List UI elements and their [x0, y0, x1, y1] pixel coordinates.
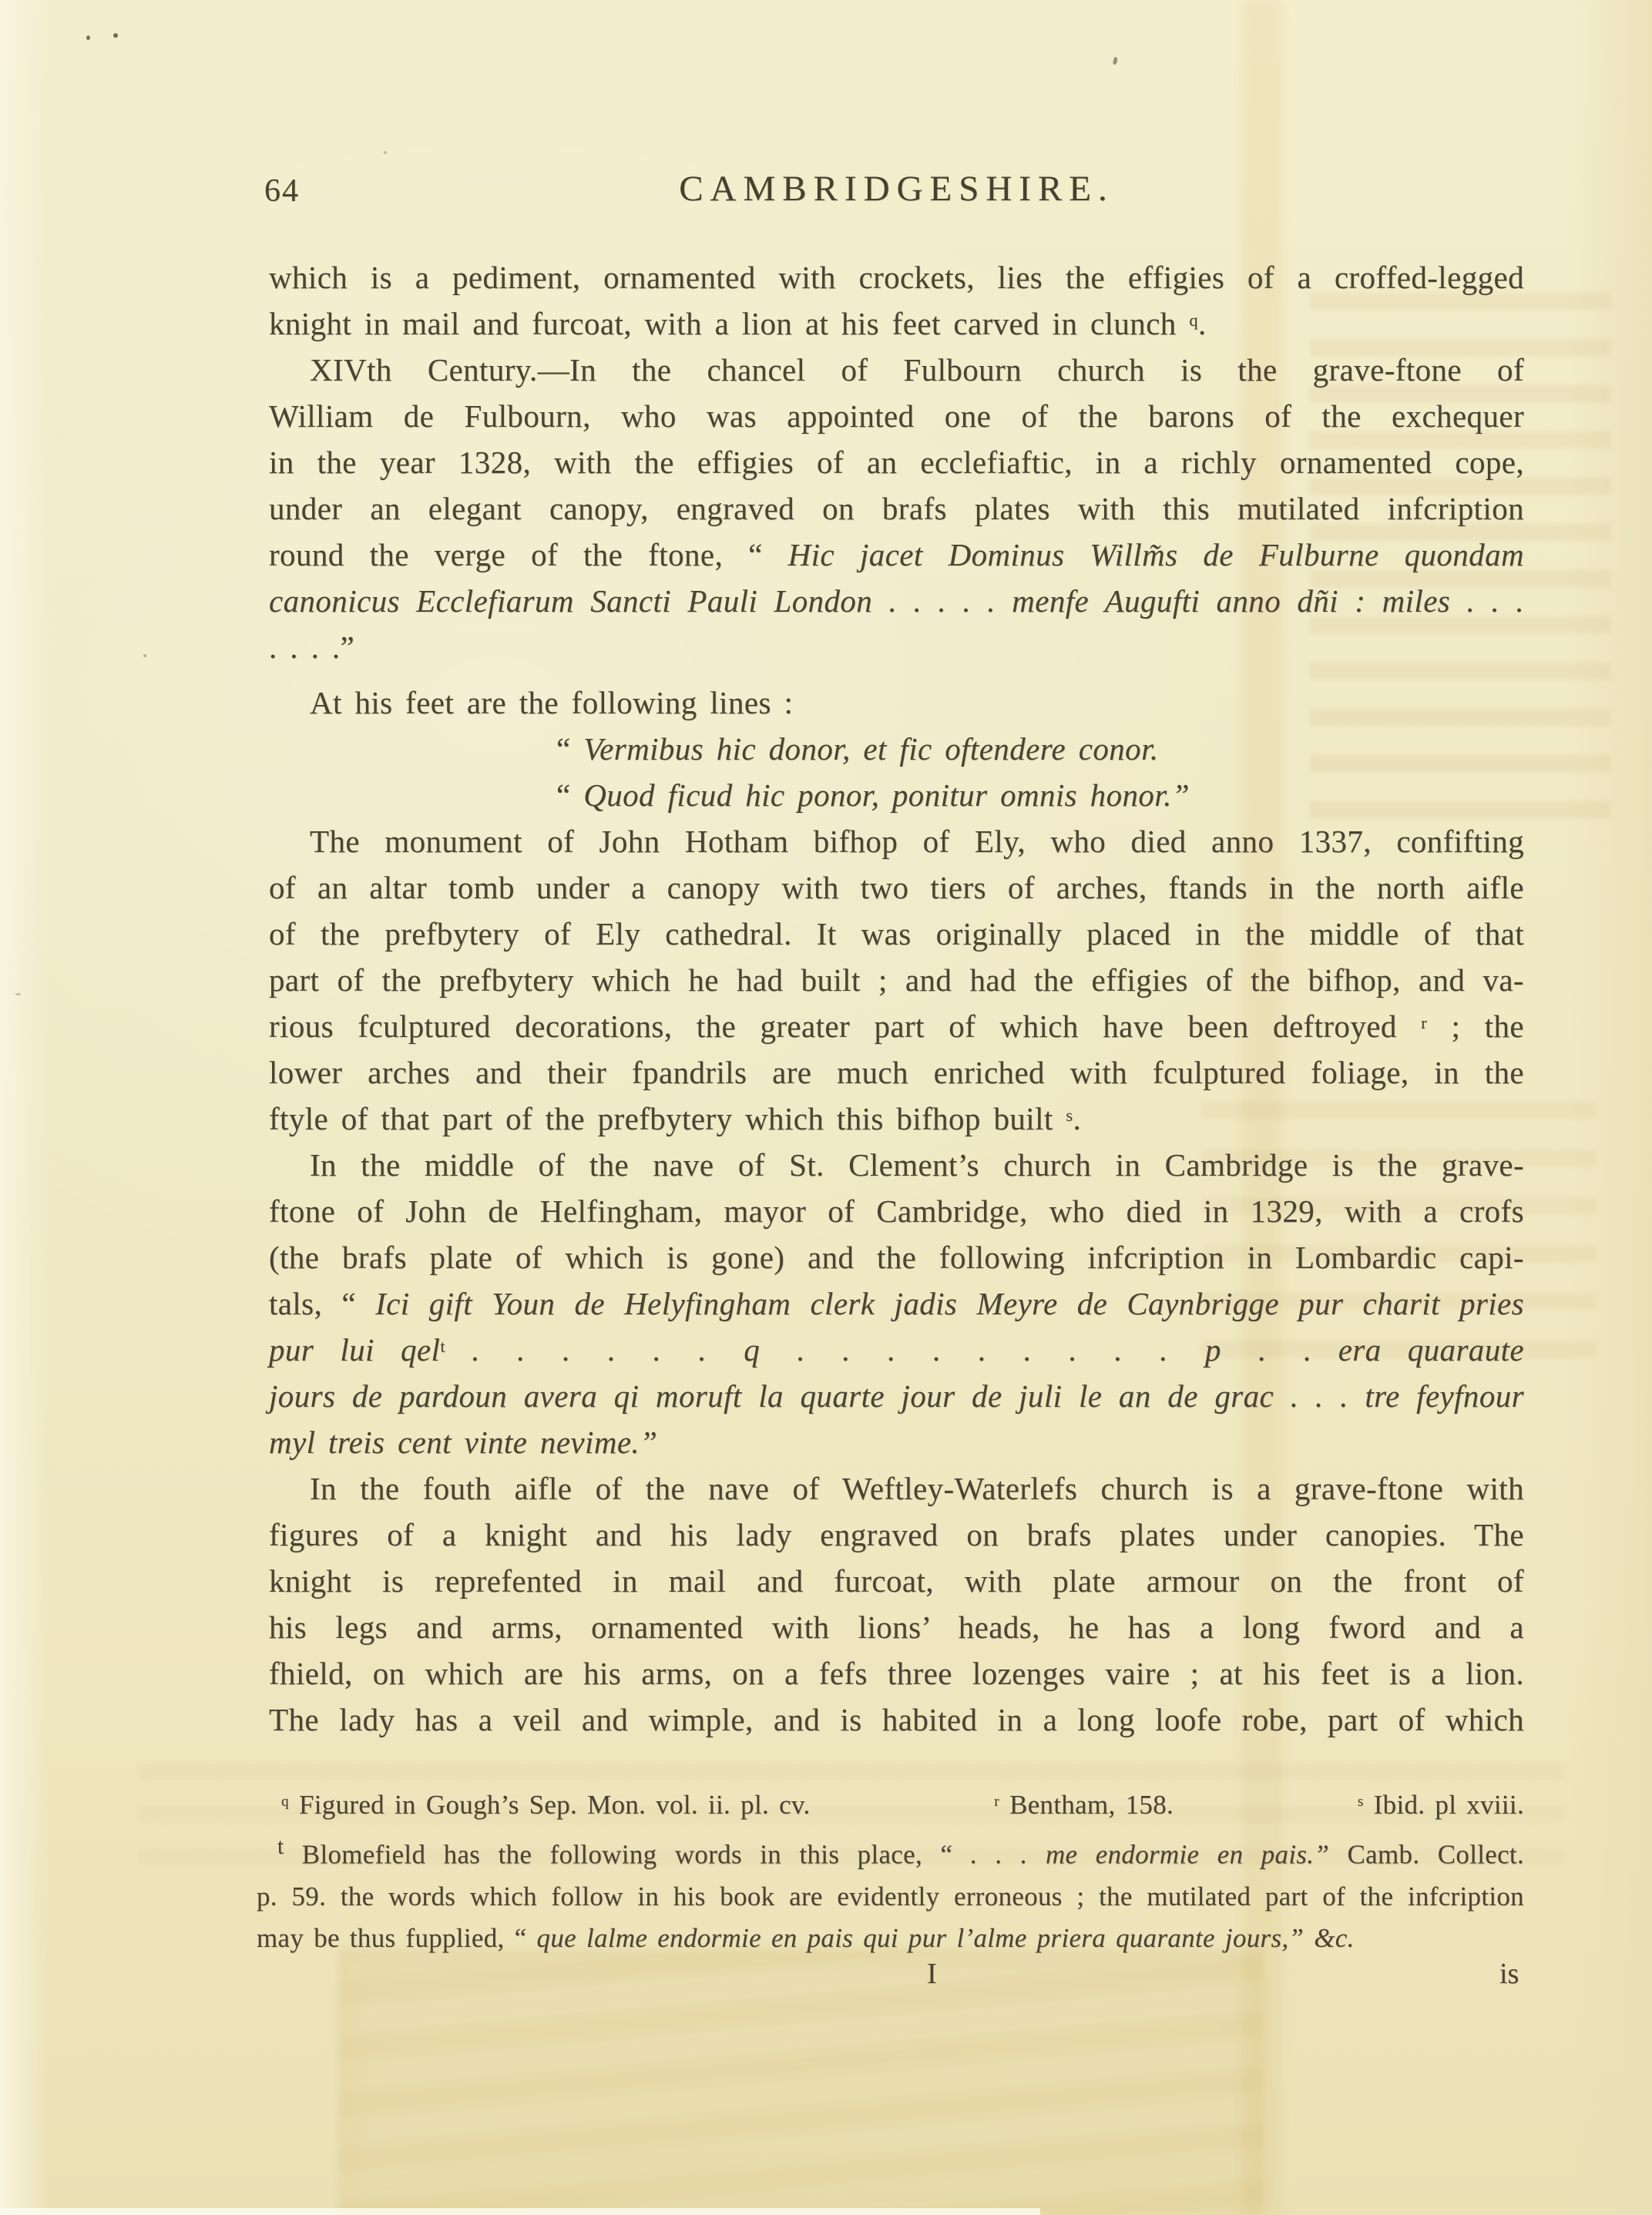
text-segment: The lady has a veil and wimple, and is h…	[269, 1702, 1524, 1737]
text-segment: round the verge of the ftone, “	[269, 537, 788, 572]
text-segment: “	[556, 777, 583, 813]
catchword: is	[1499, 1957, 1519, 1991]
footnote-ref-marker: s	[1358, 1794, 1364, 1810]
text-segment: rious fculptured decorations, the greate…	[269, 1008, 1421, 1044]
text-segment: of an altar tomb under a canopy with two…	[269, 870, 1524, 905]
text-line: In the middle of the nave of St. Clement…	[269, 1142, 1524, 1188]
footnote-entry: q Figured in Gough’s Sep. Mon. vol. ii. …	[281, 1784, 811, 1826]
text-segment: que lalme endormie en pais qui pur l’alm…	[537, 1923, 1304, 1953]
text-segment: In the fouth aifle of the nave of Weftle…	[310, 1471, 1524, 1506]
paper-speck	[384, 151, 387, 154]
text-segment: knight in mail and furcoat, with a lion …	[269, 306, 1189, 341]
text-segment: (the brafs plate of which is gone) and t…	[269, 1240, 1524, 1275]
text-segment: p. 59. the words which follow in his boo…	[257, 1881, 1524, 1911]
text-segment: ftone of John de Helfingham, mayor of Ca…	[269, 1193, 1524, 1229]
paragraph: In the middle of the nave of St. Clement…	[269, 1142, 1524, 1465]
text-segment: under an elegant canopy, engraved on bra…	[269, 491, 1524, 526]
text-segment: .	[1198, 306, 1207, 341]
paper-speck	[143, 654, 146, 657]
text-line: In the fouth aifle of the nave of Weftle…	[269, 1465, 1524, 1512]
text-line: pur lui qelt . . . . . . q . . . . . . .…	[269, 1327, 1524, 1373]
paragraph: The monument of John Hotham bifhop of El…	[269, 818, 1524, 1142]
text-segment: of the prefbytery of Ely cathedral. It w…	[269, 916, 1524, 951]
text-segment: .	[1073, 1101, 1082, 1136]
text-line: The lady has a veil and wimple, and is h…	[269, 1696, 1524, 1743]
text-line: ftone of John de Helfingham, mayor of Ca…	[269, 1188, 1524, 1234]
text-segment: jours de pardoun avera qi moruft la quar…	[269, 1378, 1524, 1414]
text-line: which is a pediment, ornamented with cro…	[269, 254, 1524, 300]
text-line: of the prefbytery of Ely cathedral. It w…	[269, 911, 1524, 957]
text-segment: ftyle of that part of the prefbytery whi…	[269, 1101, 1066, 1136]
text-line: figures of a knight and his lady engrave…	[269, 1512, 1524, 1558]
text-segment: . . . me endormie en pais.”	[971, 1840, 1329, 1870]
text-line: of an altar tomb under a canopy with two…	[269, 864, 1524, 911]
text-segment: William de Fulbourn, who was appointed o…	[269, 398, 1524, 434]
text-segment: . . . . . . q . . . . . . . . . p . .	[472, 1332, 1311, 1368]
text-segment: tals, “	[269, 1286, 375, 1321]
text-segment: . . . .”	[269, 629, 354, 665]
text-line: knight is reprefented in mail and furcoa…	[269, 1558, 1524, 1604]
text-line: (the brafs plate of which is gone) and t…	[269, 1234, 1524, 1280]
book-page-scan: 64 CAMBRIDGESHIRE. which is a pediment, …	[0, 0, 1652, 2215]
footnote-ref-marker: r	[1421, 1013, 1427, 1032]
text-line: tals, “ Ici gift Youn de Helyfingham cle…	[269, 1280, 1524, 1327]
text-segment: Quod ficud hic ponor, ponitur omnis hono…	[583, 777, 1190, 813]
text-segment: may be thus fupplied, “	[257, 1923, 537, 1953]
text-line: part of the prefbytery which he had buil…	[269, 957, 1524, 1003]
text-line: ftyle of that part of the prefbytery whi…	[269, 1096, 1524, 1142]
verse-line: “ Vermibus hic donor, et fic oftendere c…	[556, 726, 1524, 772]
text-segment: canonicus Ecclefiarum Sancti Pauli Londo…	[269, 583, 1524, 619]
footnote-line: may be thus fupplied, “ que lalme endorm…	[257, 1918, 1524, 1959]
footnote-ref-marker: s	[1066, 1106, 1073, 1125]
text-line: fhield, on which are his arms, on a fefs…	[269, 1650, 1524, 1696]
footnotes: q Figured in Gough’s Sep. Mon. vol. ii. …	[257, 1784, 1524, 1959]
signature-mark: I	[927, 1957, 937, 1991]
text-line: lower arches and their fpandrils are muc…	[269, 1049, 1524, 1096]
text-segment: Vermibus hic donor, et fic oftendere con…	[583, 731, 1158, 767]
text-line: William de Fulbourn, who was appointed o…	[269, 393, 1524, 439]
text-segment: In the middle of the nave of St. Clement…	[310, 1147, 1524, 1183]
text-segment: in the year 1328, with the effigies of a…	[269, 445, 1524, 480]
text-segment: which is a pediment, ornamented with cro…	[269, 260, 1524, 295]
footnote-entry: s Ibid. pl xviii.	[1358, 1784, 1524, 1826]
text-segment: his legs and arms, ornamented with lions…	[269, 1609, 1524, 1645]
text-line: his legs and arms, ornamented with lions…	[269, 1604, 1524, 1650]
footnote-entry: r Bentham, 158.	[994, 1784, 1174, 1826]
text-segment: figures of a knight and his lady engrave…	[269, 1517, 1524, 1552]
text-segment: part of the prefbytery which he had buil…	[269, 962, 1524, 998]
text-line: XIVth Century.—In the chancel of Fulbour…	[269, 347, 1524, 393]
text-segment: “	[556, 731, 583, 767]
footnote-line: p. 59. the words which follow in his boo…	[257, 1876, 1524, 1918]
paper-speck	[113, 33, 118, 38]
text-segment: Camb. Collect.	[1329, 1840, 1524, 1870]
text-line: canonicus Ecclefiarum Sancti Pauli Londo…	[269, 578, 1524, 624]
text-segment	[445, 1332, 472, 1368]
text-segment: era quaraute	[1312, 1332, 1524, 1368]
footnote-reference-row: q Figured in Gough’s Sep. Mon. vol. ii. …	[257, 1784, 1524, 1826]
text-line: At his feet are the following lines :	[269, 680, 1524, 726]
text-line: jours de pardoun avera qi moruft la quar…	[269, 1373, 1524, 1419]
text-line: The monument of John Hotham bifhop of El…	[269, 818, 1524, 864]
text-segment: knight is reprefented in mail and furcoa…	[269, 1563, 1524, 1599]
text-segment: &c.	[1314, 1923, 1354, 1953]
text-segment: The monument of John Hotham bifhop of El…	[310, 824, 1524, 859]
footnote-line: t Blomefield has the following words in …	[257, 1826, 1524, 1876]
text-line: under an elegant canopy, engraved on bra…	[269, 485, 1524, 532]
paragraph: In the fouth aifle of the nave of Weftle…	[269, 1465, 1524, 1743]
text-line: in the year 1328, with the effigies of a…	[269, 439, 1524, 485]
footnote-ref-marker: q	[281, 1794, 289, 1810]
paragraph: At his feet are the following lines :“ V…	[269, 680, 1524, 818]
text-segment: fhield, on which are his arms, on a fefs…	[269, 1656, 1524, 1691]
show-through-block	[339, 1949, 1264, 2215]
paper-speck	[15, 993, 21, 995]
text-segment: Hic jacet Dominus Willm̃s de Fulburne qu…	[788, 537, 1524, 572]
text-segment: XIVth Century.—In the chancel of Fulbour…	[310, 352, 1524, 388]
text-line: . . . .”	[269, 624, 1524, 670]
text-segment	[1304, 1923, 1314, 1953]
verse-line: “ Quod ficud hic ponor, ponitur omnis ho…	[556, 772, 1524, 818]
scan-edge	[0, 2208, 1040, 2215]
text-segment: lower arches and their fpandrils are muc…	[269, 1055, 1524, 1090]
text-line: knight in mail and furcoat, with a lion …	[269, 300, 1524, 347]
footnote-ref-marker: r	[994, 1794, 999, 1810]
page-title: CAMBRIDGESHIRE.	[269, 168, 1524, 210]
footnote-ref-marker: q	[1189, 310, 1198, 330]
text-line: rious fculptured decorations, the greate…	[269, 1003, 1524, 1049]
text-segment: At his feet are the following lines :	[310, 685, 793, 720]
text-line: round the verge of the ftone, “ Hic jace…	[269, 532, 1524, 578]
body-text: which is a pediment, ornamented with cro…	[269, 254, 1524, 1743]
paragraph: which is a pediment, ornamented with cro…	[269, 254, 1524, 347]
text-segment: myl treis cent vinte nevime.”	[269, 1425, 657, 1460]
text-segment: ; the	[1427, 1008, 1524, 1044]
text-segment: Ici gift Youn de Helyfingham clerk jadis…	[375, 1286, 1524, 1321]
text-segment: pur lui qel	[269, 1332, 440, 1368]
text-segment: Blomefield has the following words in th…	[284, 1840, 970, 1870]
paper-speck	[86, 35, 90, 40]
paper-speck	[1113, 57, 1118, 65]
footnote-ref-marker: t	[440, 1337, 445, 1356]
paragraph: XIVth Century.—In the chancel of Fulbour…	[269, 347, 1524, 670]
text-line: myl treis cent vinte nevime.”	[269, 1419, 1524, 1465]
